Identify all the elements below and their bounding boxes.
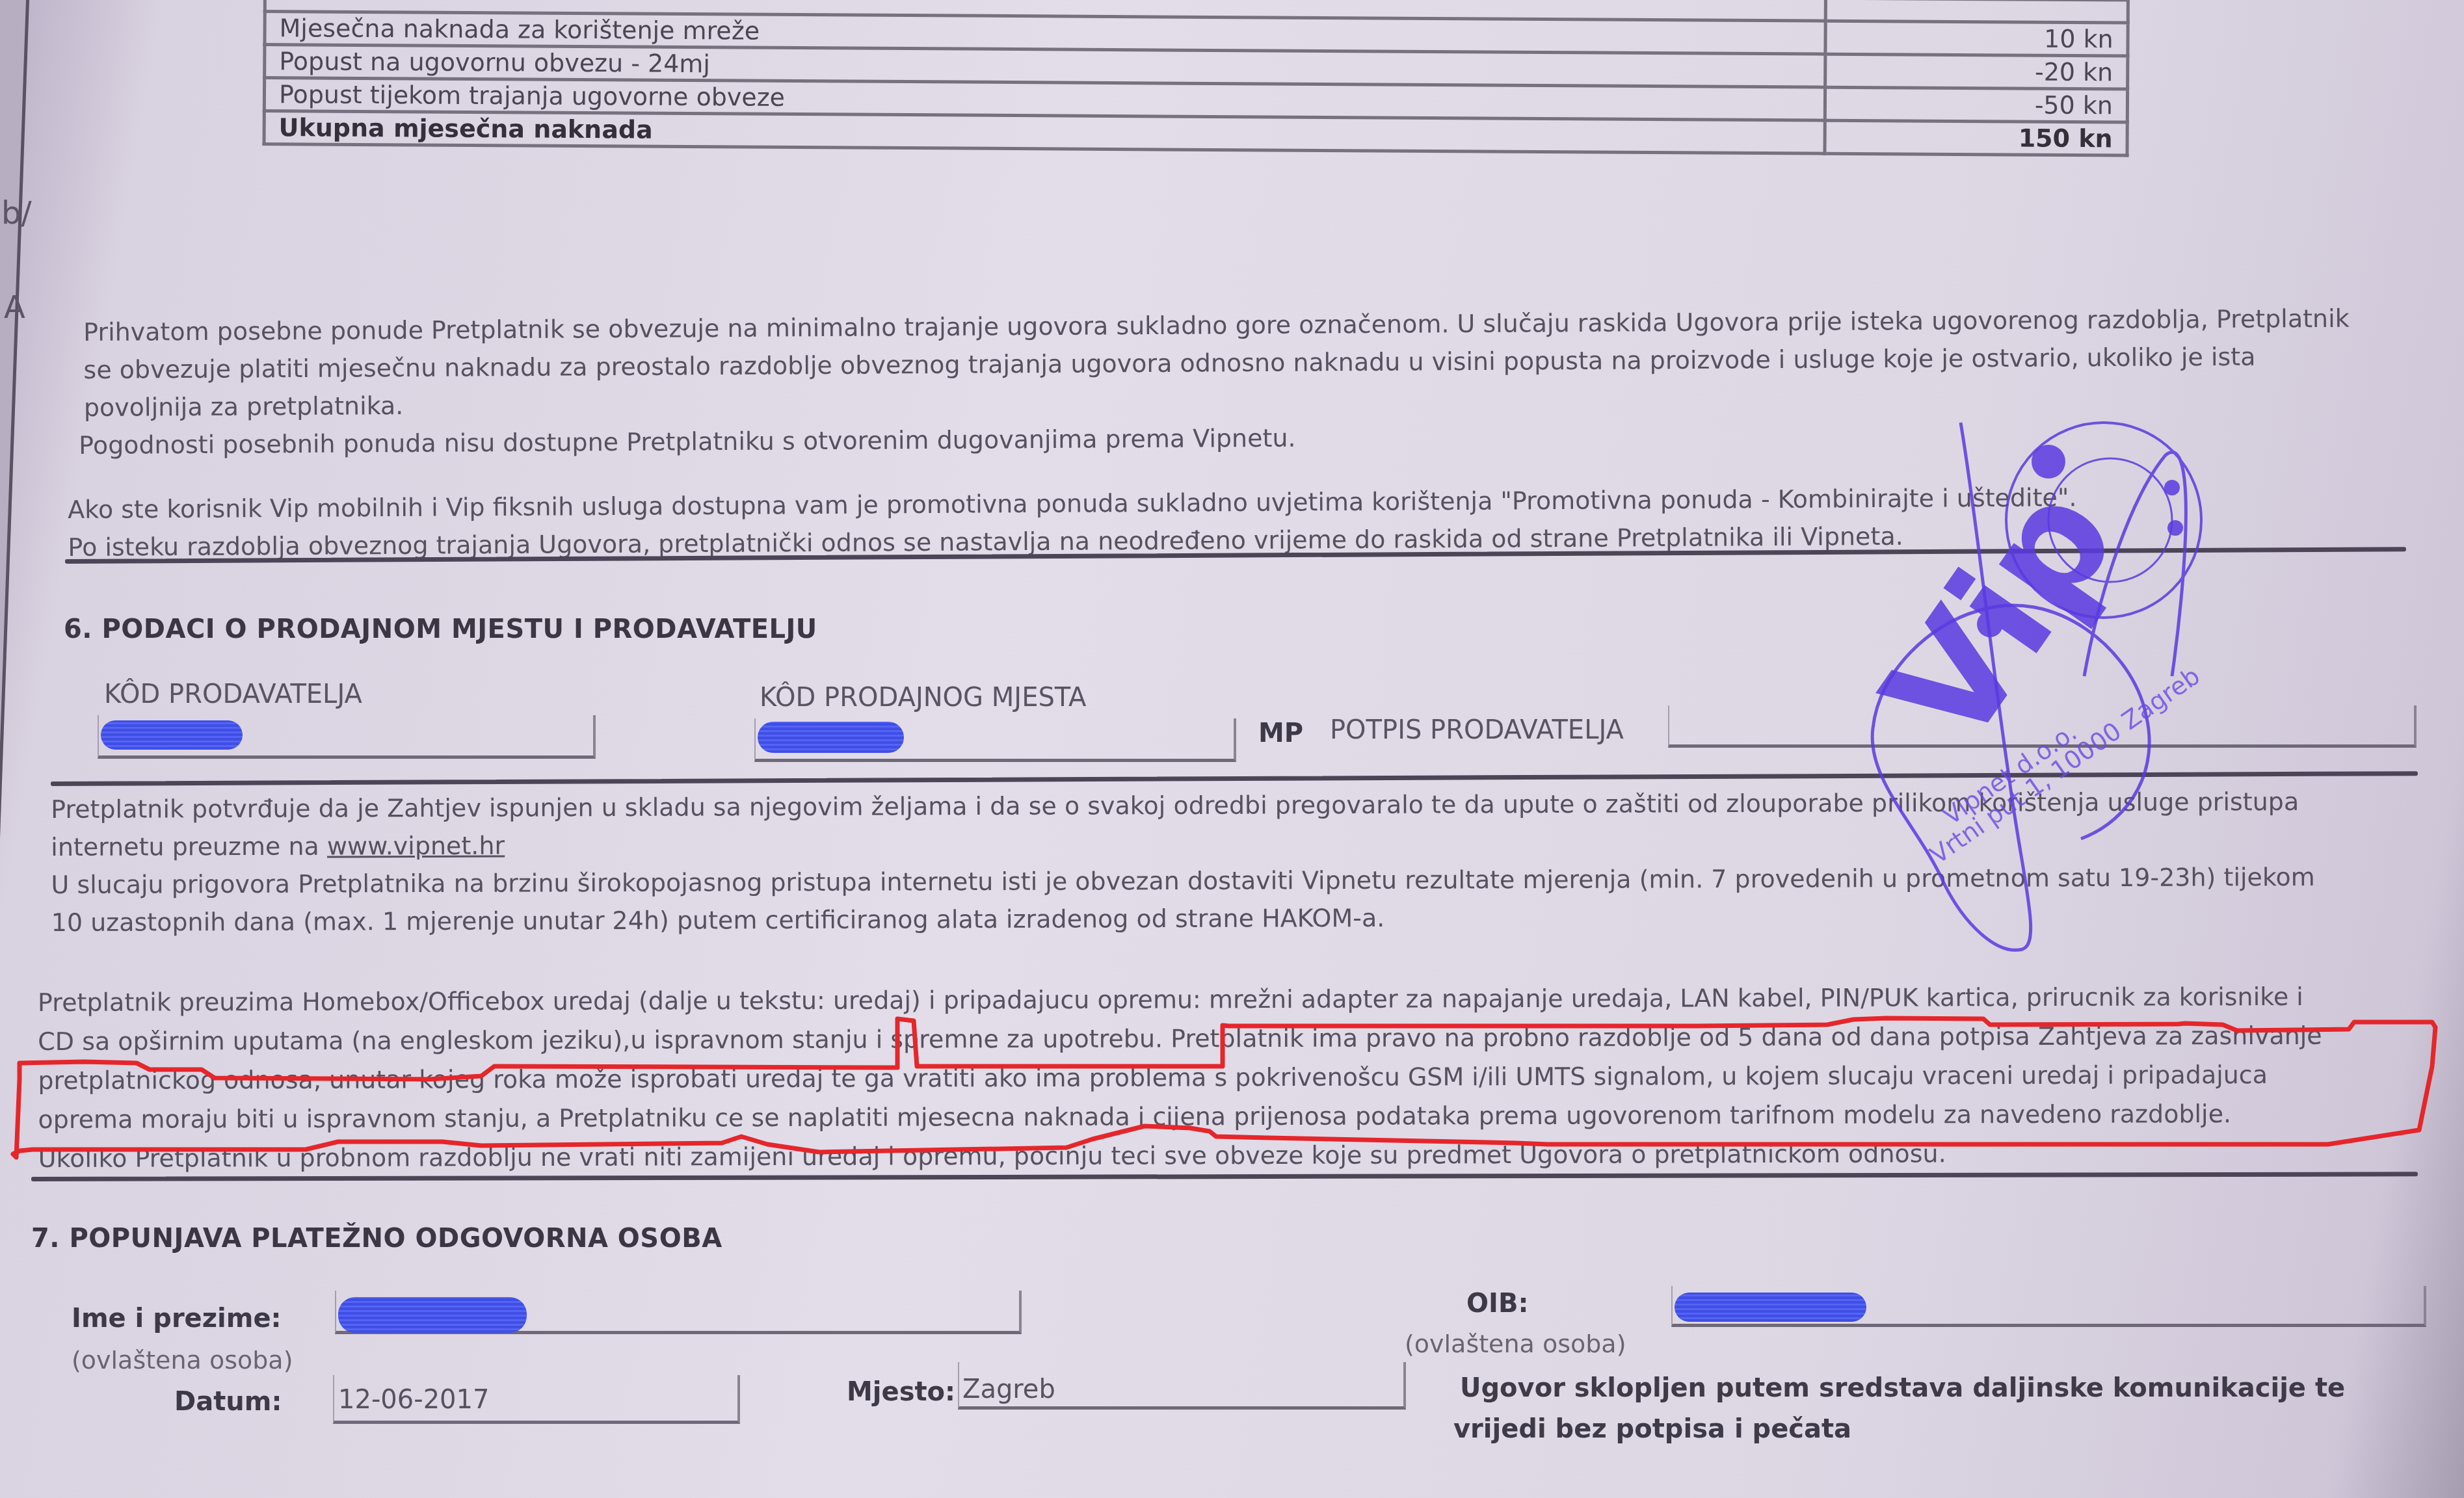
seller-code-redaction bbox=[101, 720, 243, 750]
confirmation-paragraph: Pretplatnik potvrđuje da je Zahtjev ispu… bbox=[51, 783, 2315, 941]
oib-redaction bbox=[1675, 1293, 1866, 1322]
store-code-redaction bbox=[758, 722, 904, 753]
store-code-label: KÔD PRODAJNOG MJESTA bbox=[760, 683, 1086, 713]
date-value: 12-06-2017 bbox=[338, 1385, 489, 1415]
text-line: oprema moraju biti u ispravnom stanju, a… bbox=[38, 1094, 2322, 1139]
oib-sublabel: (ovlaštena osoba) bbox=[1405, 1330, 1626, 1358]
fee-total-value: 150 kn bbox=[1825, 120, 2127, 155]
text-fragment: internetu preuzme na bbox=[51, 832, 327, 861]
vipnet-link[interactable]: www.vipnet.hr bbox=[327, 832, 505, 861]
name-sublabel: (ovlaštena osoba) bbox=[72, 1346, 293, 1374]
place-value: Zagreb bbox=[962, 1374, 1055, 1404]
seller-signature-field[interactable] bbox=[1668, 705, 2417, 748]
terms-paragraph-1: Prihvatom posebne ponude Pretplatnik se … bbox=[83, 300, 2350, 464]
text-line: U slucaju prigovora Pretplatnika na brzi… bbox=[51, 858, 2314, 904]
fee-value: -50 kn bbox=[1825, 87, 2127, 122]
oib-label: OIB: bbox=[1466, 1289, 1528, 1319]
seller-code-label: KÔD PRODAVATELJA bbox=[104, 679, 362, 709]
remote-contract-note-line1: Ugovor sklopljen putem sredstava daljins… bbox=[1460, 1373, 2345, 1403]
place-label: Mjesto: bbox=[847, 1377, 955, 1407]
name-label: Ime i prezime: bbox=[72, 1304, 282, 1334]
seller-signature-label: POTPIS PRODAVATELJA bbox=[1330, 715, 1624, 745]
mp-label: MP bbox=[1258, 718, 1303, 748]
text-line: Pretplatnik preuzima Homebox/Officebox u… bbox=[38, 977, 2322, 1022]
text-line: pretplatnickog odnosa, unutar kojeg roka… bbox=[38, 1055, 2322, 1100]
remote-contract-note-line2: vrijedi bez potpisa i pečata bbox=[1453, 1414, 1851, 1444]
text-line: Pretplatnik potvrđuje da je Zahtjev ispu… bbox=[51, 783, 2314, 828]
section-7-title: 7. POPUNJAVA PLATEŽNO ODGOVORNA OSOBA bbox=[31, 1224, 722, 1254]
margin-mark: A bbox=[4, 289, 25, 326]
text-line: 10 uzastopnih dana (max. 1 mjerenje unut… bbox=[51, 896, 2315, 941]
date-label: Datum: bbox=[174, 1387, 282, 1417]
fee-value: -20 kn bbox=[1825, 54, 2128, 89]
device-paragraph: Pretplatnik preuzima Homebox/Officebox u… bbox=[38, 977, 2322, 1178]
text-line: Ukoliko Pretplatnik u probnom razdoblju … bbox=[38, 1133, 2323, 1178]
margin-mark: b/ bbox=[1, 195, 32, 231]
fee-table: Mjesečna naknada za korištenje mreže 10 … bbox=[263, 0, 2130, 157]
fee-value: 10 kn bbox=[1825, 21, 2128, 56]
text-line: CD sa opširnim uputama (na engleskom jez… bbox=[38, 1016, 2322, 1061]
section-6-title: 6. PODACI O PRODAJNOM MJESTU I PRODAVATE… bbox=[64, 614, 817, 644]
name-redaction bbox=[338, 1297, 527, 1333]
